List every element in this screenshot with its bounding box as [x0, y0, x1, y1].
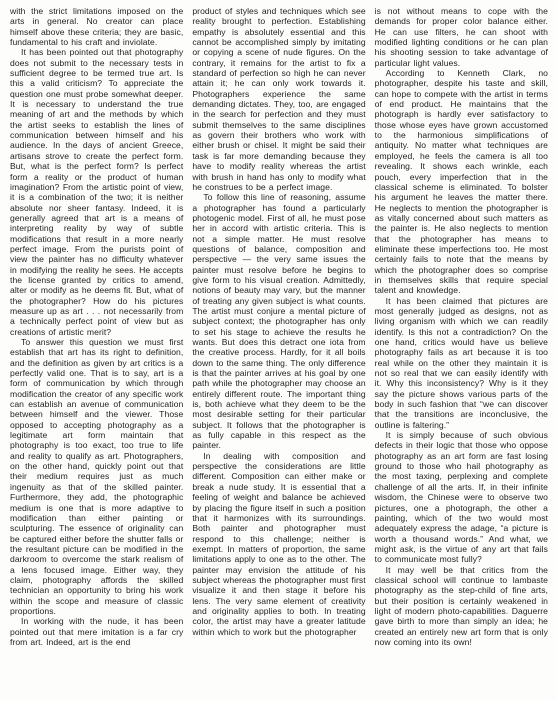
paragraph: is not without means to cope with the de… — [375, 6, 548, 68]
paragraph: According to Kenneth Clark, no photograp… — [375, 68, 548, 296]
paragraph: To answer this question we must first es… — [10, 337, 183, 616]
paragraph: In dealing with composition and perspect… — [192, 451, 365, 637]
paragraph: It has been pointed out that photography… — [10, 47, 183, 337]
paragraph: In working with the nude, it has been po… — [10, 616, 183, 647]
text-column-right: is not without means to cope with the de… — [375, 6, 548, 695]
paragraph: It is simply because of such obvious def… — [375, 430, 548, 564]
text-column-left: with the strict limitations imposed on t… — [10, 6, 183, 695]
paragraph: with the strict limitations imposed on t… — [10, 6, 183, 47]
paragraph: product of styles and techniques which s… — [192, 6, 365, 192]
text-column-middle: product of styles and techniques which s… — [192, 6, 365, 695]
document-page: with the strict limitations imposed on t… — [0, 0, 556, 701]
paragraph: To follow this line of reasoning, assume… — [192, 192, 365, 451]
paragraph: It has been claimed that pictures are mo… — [375, 296, 548, 430]
paragraph: It may well be that critics from the cla… — [375, 565, 548, 648]
